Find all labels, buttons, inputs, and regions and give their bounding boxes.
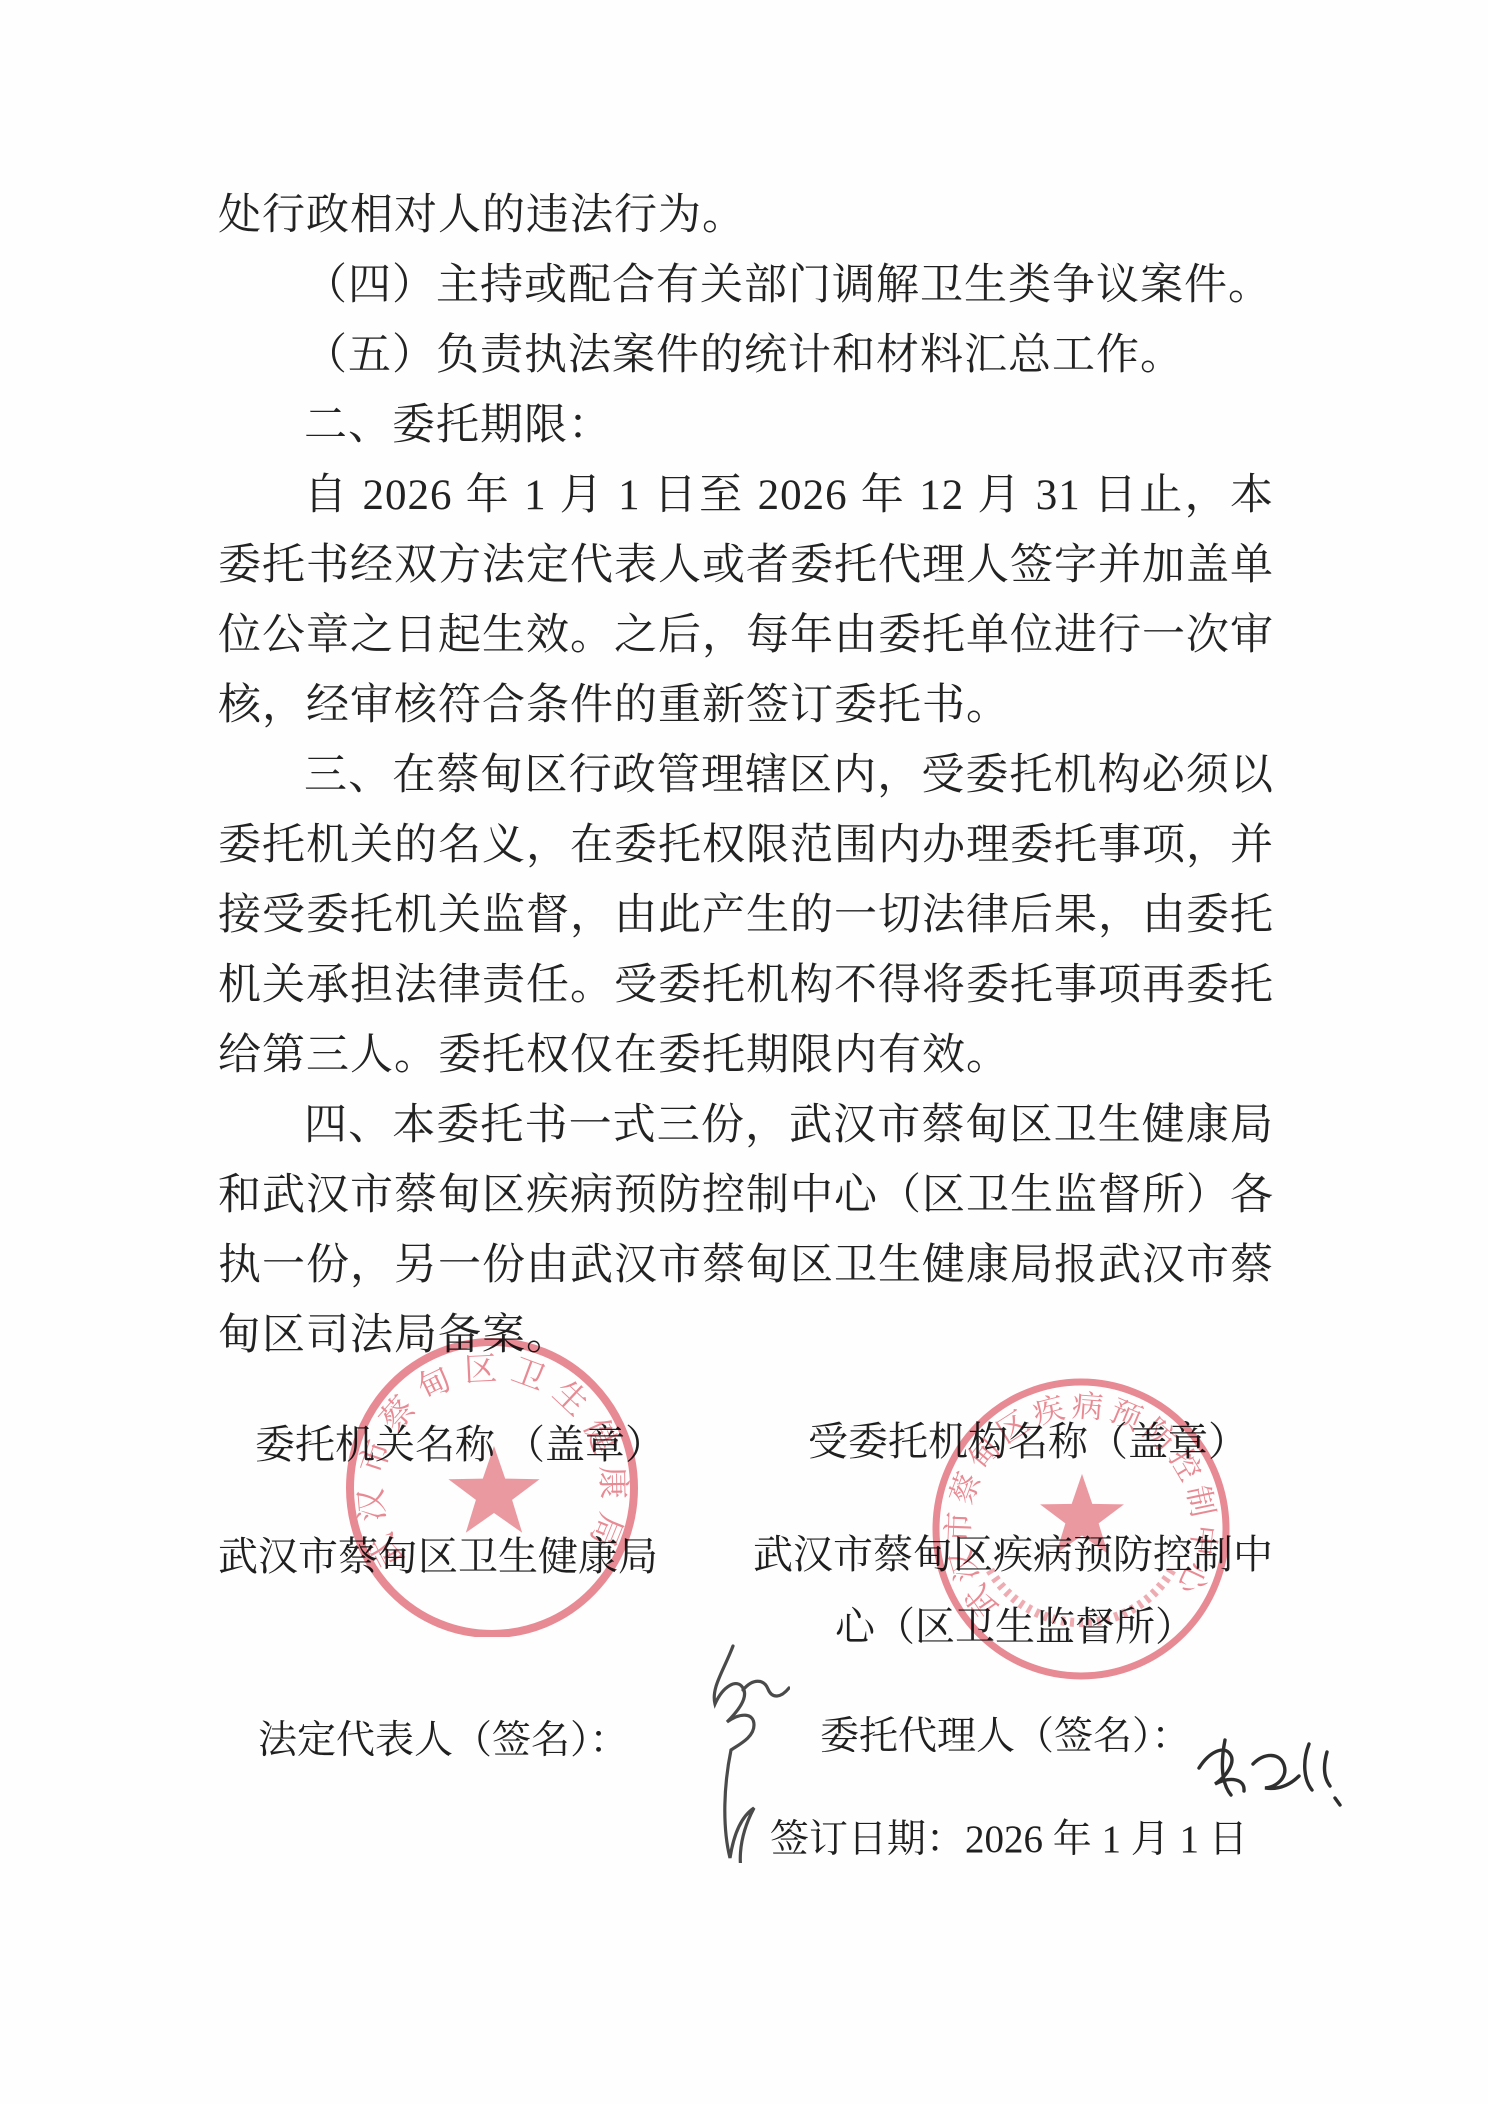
body-paragraph: （五）负责执法案件的统计和材料汇总工作。 (218, 321, 1274, 391)
body-paragraph: 四、本委托书一式三份，武汉市蔡甸区卫生健康局和武汉市蔡甸区疾病预防控制中心（区卫… (218, 1091, 1274, 1371)
body-paragraph: 三、在蔡甸区行政管理辖区内，受委托机构必须以委托机关的名义，在委托权限范围内办理… (218, 741, 1274, 1091)
body-text: 处行政相对人的违法行为。 （四）主持或配合有关部门调解卫生类争议案件。 （五）负… (218, 181, 1274, 1371)
seal-star-icon (1040, 1474, 1124, 1554)
authorized-agent-sign-label: 委托代理人（签名）： (820, 1714, 1191, 1761)
official-seal-right: 武汉市蔡甸区疾病预防控制中心 (928, 1378, 1234, 1680)
legal-representative-signature (615, 1638, 790, 1863)
body-paragraph: 自 2026 年 1 月 1 日至 2026 年 12 月 31 日止，本委托书… (218, 461, 1274, 741)
signing-date: 签订日期：2026 年 1 月 1 日 (770, 1817, 1248, 1864)
seal-bottom-microtext (990, 1570, 1172, 1623)
official-seal-left: 武汉市蔡甸区卫生健康局 (342, 1337, 642, 1637)
seal-star-icon (448, 1446, 539, 1533)
legal-representative-sign-label: 法定代表人（签名）： (258, 1718, 629, 1765)
body-paragraph: 处行政相对人的违法行为。 (218, 181, 1274, 251)
document-page: 处行政相对人的违法行为。 （四）主持或配合有关部门调解卫生类争议案件。 （五）负… (0, 0, 1488, 2104)
body-paragraph: 二、委托期限： (218, 391, 1274, 461)
authorized-agent-signature (1183, 1722, 1348, 1817)
body-paragraph: （四）主持或配合有关部门调解卫生类争议案件。 (218, 251, 1274, 321)
